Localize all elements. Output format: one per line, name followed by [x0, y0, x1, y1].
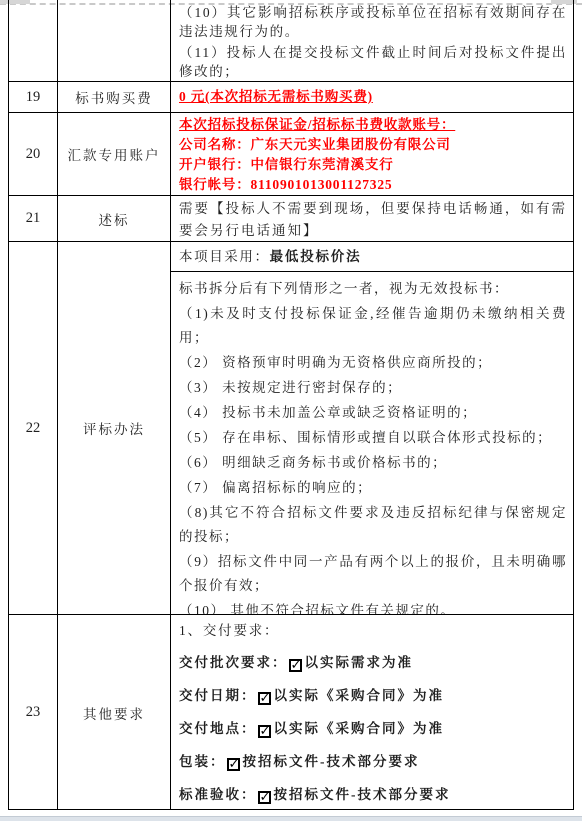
requirement-label: 交付日期：	[179, 688, 257, 703]
document-page: （10）其它影响招标秩序或投标单位在招标有效期间存在违法违规行为的。 （11）投…	[0, 0, 582, 821]
row-label-cell	[58, 0, 171, 81]
row-label: 标书购买费	[58, 82, 171, 112]
bank-name-line: 开户银行：中信银行东莞清溪支行	[179, 155, 567, 175]
bank-account-line: 银行帐号：8110901013001127325	[179, 175, 567, 195]
table-row-19: 19 标书购买费 0 元(本次招标无需标书购买费)	[9, 82, 573, 113]
row-number: 22	[9, 242, 58, 614]
invalid-bid-item: （5） 存在串标、围标情形或擅自以联合体形式投标的；	[179, 426, 567, 450]
account-header-line: 本次招标投标保证金/招标标书费收款账号：	[179, 115, 567, 135]
delivery-requirements-intro: 1、交付要求：	[179, 621, 567, 641]
invalid-bid-item: （4） 投标书未加盖公章或缺乏资格证明的；	[179, 401, 567, 425]
invalid-bid-item: （3） 未按规定进行密封保存的；	[179, 376, 567, 400]
window-bottom-edge	[0, 816, 582, 821]
requirement-value: 以实际需求为准	[305, 655, 414, 670]
checked-checkbox-icon: ✓	[258, 791, 271, 804]
row-content-cell: 0 元(本次招标无需标书购买费)	[171, 82, 573, 112]
row-number: 23	[9, 615, 58, 810]
row-label: 汇款专用账户	[58, 113, 171, 195]
evaluation-method-name: 最低投标价法	[270, 249, 362, 264]
presentation-requirement-text: 需要【投标人不需要到现场，但要保持电话畅通，如有需要会另行电话通知】	[179, 198, 567, 241]
table-row-22: 22 评标办法 本项目采用：最低投标价法 标书拆分后有下列情形之一者，视为无效投…	[9, 242, 573, 615]
invalid-bid-item-11-prev: （11）投标人在提交投标文件截止时间后对投标文件提出修改的；	[179, 43, 567, 81]
row-number: 19	[9, 82, 58, 112]
evaluation-method-prefix: 本项目采用：	[179, 249, 270, 264]
row-content-cell: 本次招标投标保证金/招标标书费收款账号： 公司名称：广东天元实业集团股份有限公司…	[171, 113, 573, 195]
tender-info-table: （10）其它影响招标秩序或投标单位在招标有效期间存在违法违规行为的。 （11）投…	[8, 0, 574, 810]
invalid-bid-item: （1)未及时支付投标保证金,经催告逾期仍未缴纳相关费用；	[179, 302, 567, 350]
invalid-bid-item: （10） 其他不符合招标文件有关规定的。	[179, 599, 567, 614]
bid-document-fee-text: 0 元(本次招标无需标书购买费)	[179, 87, 373, 107]
checked-checkbox-icon: ✓	[258, 692, 271, 705]
invalid-bid-list-subcell: 标书拆分后有下列情形之一者，视为无效投标书： （1)未及时支付投标保证金,经催告…	[171, 272, 573, 614]
invalid-bid-item: （6） 明细缺乏商务标书或价格标书的；	[179, 451, 567, 475]
delivery-date-requirement: 交付日期：✓以实际《采购合同》为准	[179, 685, 567, 707]
table-row-20: 20 汇款专用账户 本次招标投标保证金/招标标书费收款账号： 公司名称：广东天元…	[9, 113, 573, 196]
table-row-21: 21 述标 需要【投标人不需要到现场，但要保持电话畅通，如有需要会另行电话通知】	[9, 196, 573, 242]
requirement-value: 按招标文件-技术部分要求	[274, 787, 451, 802]
requirement-label: 交付地点：	[179, 721, 257, 736]
requirement-label: 包装：	[179, 754, 226, 769]
row-number: 21	[9, 196, 58, 241]
evaluation-method-subcell: 本项目采用：最低投标价法	[171, 242, 573, 272]
invalid-bid-item: （2） 资格预审时明确为无资格供应商所投的；	[179, 351, 567, 375]
invalid-bid-item: （9）招标文件中同一产品有两个以上的报价，且未明确哪个报价有效；	[179, 550, 567, 598]
row-number: 20	[9, 113, 58, 195]
row-content-cell: 1、交付要求： 交付批次要求：✓以实际需求为准 交付日期：✓以实际《采购合同》为…	[171, 615, 573, 810]
row-number-cell	[9, 0, 58, 81]
row-content-cell: 本项目采用：最低投标价法 标书拆分后有下列情形之一者，视为无效投标书： （1)未…	[171, 242, 573, 614]
row-content-cell: （10）其它影响招标秩序或投标单位在招标有效期间存在违法违规行为的。 （11）投…	[171, 0, 573, 81]
requirement-label: 标准验收：	[179, 787, 257, 802]
table-row-23: 23 其他要求 1、交付要求： 交付批次要求：✓以实际需求为准 交付日期：✓以实…	[9, 615, 573, 810]
checked-checkbox-icon: ✓	[227, 758, 240, 771]
requirement-label: 交付批次要求：	[179, 655, 288, 670]
invalid-bid-item: （7） 偏离招标标的响应的；	[179, 476, 567, 500]
acceptance-standard-requirement: 标准验收：✓按招标文件-技术部分要求	[179, 784, 567, 806]
row-label: 其他要求	[58, 615, 171, 810]
invalid-bid-intro: 标书拆分后有下列情形之一者，视为无效投标书：	[179, 277, 567, 301]
delivery-location-requirement: 交付地点：✓以实际《采购合同》为准	[179, 718, 567, 740]
row-label: 评标办法	[58, 242, 171, 614]
checked-checkbox-icon: ✓	[258, 725, 271, 738]
delivery-batch-requirement: 交付批次要求：✓以实际需求为准	[179, 652, 567, 674]
invalid-bid-item-10-prev: （10）其它影响招标秩序或投标单位在招标有效期间存在违法违规行为的。	[179, 3, 567, 41]
requirement-value: 以实际《采购合同》为准	[274, 721, 445, 736]
requirement-value: 按招标文件-技术部分要求	[243, 754, 420, 769]
row-content-cell: 需要【投标人不需要到现场，但要保持电话畅通，如有需要会另行电话通知】	[171, 196, 573, 241]
checked-checkbox-icon: ✓	[289, 659, 302, 672]
requirement-value: 以实际《采购合同》为准	[274, 688, 445, 703]
row-label: 述标	[58, 196, 171, 241]
company-name-line: 公司名称：广东天元实业集团股份有限公司	[179, 135, 567, 155]
invalid-bid-item: （8)其它不符合招标文件要求及违反招标纪律与保密规定的投标；	[179, 501, 567, 549]
table-row-continuation: （10）其它影响招标秩序或投标单位在招标有效期间存在违法违规行为的。 （11）投…	[9, 0, 573, 82]
packaging-requirement: 包装：✓按招标文件-技术部分要求	[179, 751, 567, 773]
